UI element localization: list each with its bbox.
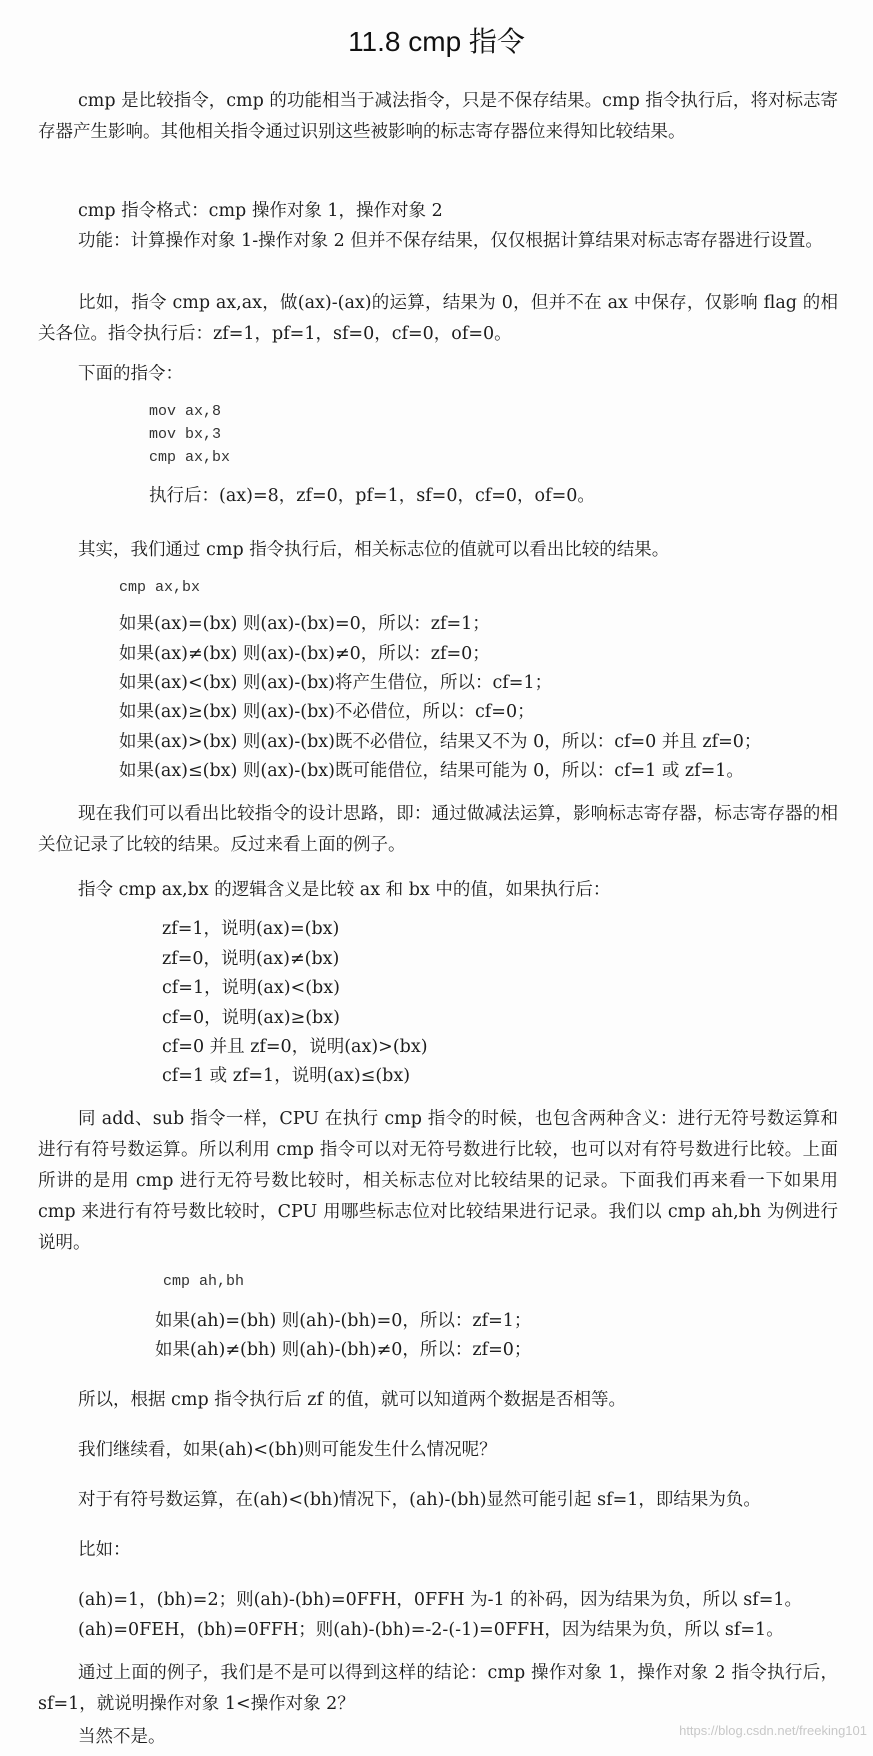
design-paragraph: 现在我们可以看出比较指令的设计思路，即：通过做减法运算，影响标志寄存器，标志寄存… [38,799,838,861]
code-line: mov bx,3 [149,423,221,447]
below-label: 下面的指令： [78,362,183,386]
answer-paragraph: 当然不是。 [78,1725,166,1749]
unsigned-rule: 如果(ax)>(bx) 则(ax)-(bx)既不必借位，结果又不为 0，所以：c… [119,730,761,754]
code-line: cmp ax,bx [149,446,230,470]
section-title: 11.8 cmp 指令 [0,20,873,60]
intro-paragraph: cmp 是比较指令，cmp 的功能相当于减法指令，只是不保存结果。cmp 指令执… [38,86,838,148]
unsigned-rule: 如果(ax)=(bx) 则(ax)-(bx)=0，所以：zf=1； [119,612,490,636]
code-line: mov ax,8 [149,400,221,424]
continue-paragraph: 我们继续看，如果(ah)<(bh)则可能发生什么情况呢？ [78,1438,497,1462]
watermark: https://blog.csdn.net/freeking101 [679,1723,867,1738]
signed-rule: 如果(ah)=(bh) 则(ah)-(bh)=0，所以：zf=1； [155,1309,531,1333]
logic-paragraph: 指令 cmp ax,bx 的逻辑含义是比较 ax 和 bx 中的值，如果执行后： [78,878,610,902]
unsigned-rule: 如果(ax)<(bx) 则(ax)-(bx)将产生借位，所以：cf=1； [119,671,552,695]
example-line: (ah)=0FEH，(bh)=0FFH；则(ah)-(bh)=-2-(-1)=0… [78,1618,784,1642]
question-paragraph: 通过上面的例子，我们是不是可以得到这样的结论：cmp 操作对象 1，操作对象 2… [38,1658,838,1720]
unsigned-rule: 如果(ax)≥(bx) 则(ax)-(bx)不必借位，所以：cf=0； [119,700,535,724]
example-paragraph: 比如，指令 cmp ax,ax，做(ax)-(ax)的运算，结果为 0，但并不在… [38,288,838,350]
example-line: (ah)=1，(bh)=2；则(ah)-(bh)=0FFH，0FFH 为-1 的… [78,1588,802,1612]
for-example-label: 比如： [78,1538,131,1562]
flag-meaning: cf=1 或 zf=1，说明(ax)≤(bx) [162,1064,410,1088]
flag-meaning: zf=0，说明(ax)≠(bx) [162,947,339,971]
signed-rule: 如果(ah)≠(bh) 则(ah)-(bh)≠0，所以：zf=0； [155,1338,531,1362]
flag-meaning: zf=1，说明(ax)=(bx) [162,917,339,941]
signed-intro-paragraph: 同 add、sub 指令一样，CPU 在执行 cmp 指令的时候，也包含两种含义… [38,1104,838,1259]
code-line: cmp ax,bx [119,576,200,600]
so-paragraph: 所以，根据 cmp 指令执行后 zf 的值，就可以知道两个数据是否相等。 [78,1388,626,1412]
flag-meaning: cf=0 并且 zf=0，说明(ax)>(bx) [162,1035,428,1059]
signed-op-paragraph: 对于有符号数运算，在(ah)<(bh)情况下，(ah)-(bh)显然可能引起 s… [78,1488,761,1512]
document-page: 11.8 cmp 指令 cmp 是比较指令，cmp 的功能相当于减法指令，只是不… [0,0,873,1756]
flag-meaning: cf=0，说明(ax)≥(bx) [162,1006,340,1030]
actually-paragraph: 其实，我们通过 cmp 指令执行后，相关标志位的值就可以看出比较的结果。 [78,538,669,562]
function-paragraph: 功能：计算操作对象 1-操作对象 2 但并不保存结果，仅仅根据计算结果对标志寄存… [38,226,838,257]
format-paragraph: cmp 指令格式：cmp 操作对象 1，操作对象 2 [38,196,838,227]
code-line: cmp ah,bh [163,1270,244,1294]
unsigned-rule: 如果(ax)≤(bx) 则(ax)-(bx)既可能借位，结果可能为 0，所以：c… [119,759,744,783]
unsigned-rule: 如果(ax)≠(bx) 则(ax)-(bx)≠0，所以：zf=0； [119,642,490,666]
after-exec-line: 执行后：(ax)=8，zf=0，pf=1，sf=0，cf=0，of=0。 [149,484,595,508]
flag-meaning: cf=1，说明(ax)<(bx) [162,976,340,1000]
